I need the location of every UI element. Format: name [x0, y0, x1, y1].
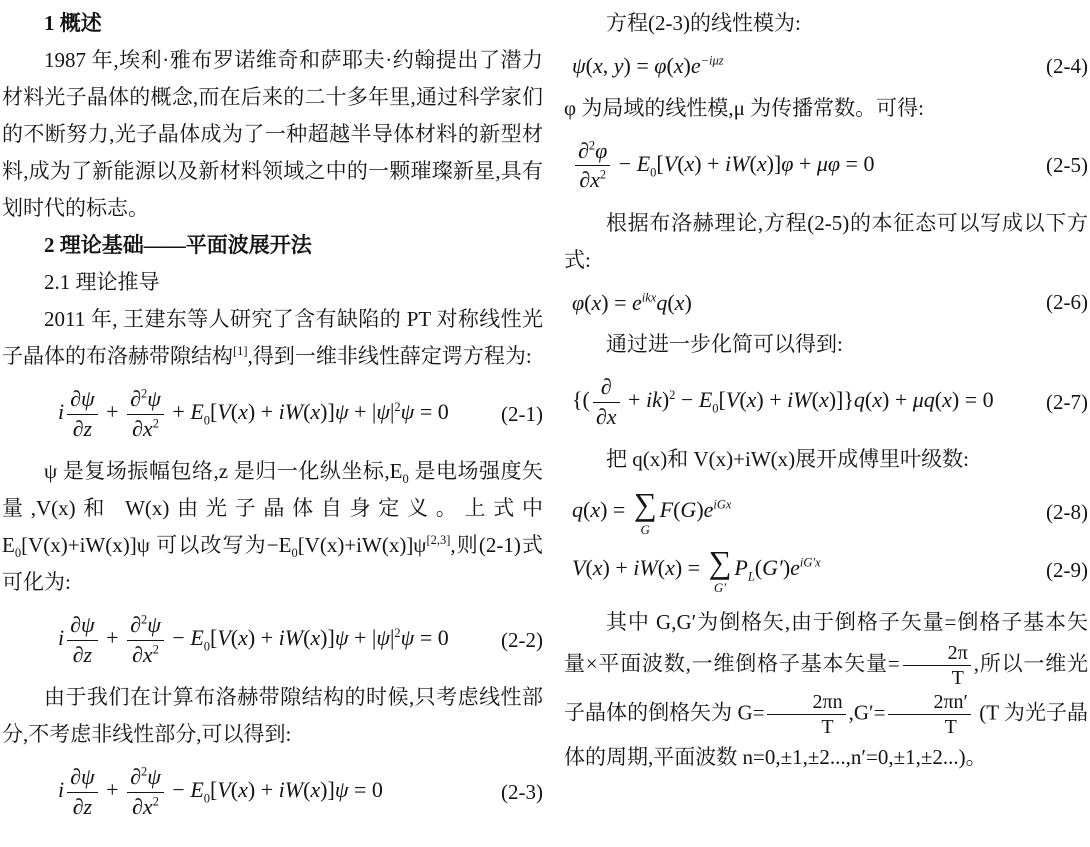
fraction-denominator: ∂z [67, 793, 98, 822]
fraction-numerator: ∂2ψ [127, 763, 164, 793]
text-run: = 0 [840, 151, 874, 176]
text-run: ( [586, 53, 593, 78]
text-run: ( [585, 555, 592, 580]
text-run: i [58, 399, 64, 424]
paragraph-linear-mode: 方程(2-3)的线性模为: [564, 5, 1088, 42]
sigma-symbol: ∑ [709, 546, 732, 578]
text-run: x [238, 399, 248, 424]
text-run: iW [787, 387, 811, 412]
text-run: x [674, 53, 684, 78]
paragraph-linear-only: 由于我们在计算布洛赫带隙结构的时候,只考虑线性部分,不考虑非线性部分,可以得到: [2, 679, 543, 753]
summation: ∑G′ [709, 546, 732, 594]
text-run: E [190, 399, 203, 424]
text-run: x [872, 387, 882, 412]
text-run: x [747, 387, 757, 412]
text-run: ) = [624, 53, 655, 78]
text-run: 2 [153, 795, 159, 809]
text-run: [V(x)+iW(x)]ψ 可以改写为−E [21, 533, 291, 557]
text-run: φ [654, 53, 666, 78]
text-run: x [675, 290, 685, 315]
fraction-numerator: ∂ [593, 373, 620, 403]
text-run: F [660, 497, 673, 522]
text-run: ) + [248, 399, 279, 424]
text-run: φ 为局域的线性模,μ 为传播常数。可得: [564, 96, 924, 120]
fraction-numerator: ∂ψ [67, 763, 98, 793]
text-run: )] [767, 151, 782, 176]
text-run: V [726, 387, 739, 412]
text-run: ψ [147, 386, 161, 411]
text-run: ( [677, 151, 684, 176]
fraction-denominator: ∂z [67, 641, 98, 670]
fraction-denominator: ∂x2 [127, 641, 164, 670]
text-run: ) + [694, 151, 725, 176]
text-run: )] [320, 778, 335, 803]
equation-number: (2-6) [1036, 289, 1088, 315]
equation-2-3: i∂ψ∂z + ∂2ψ∂x2 − E0[V(x) + iW(x)]ψ = 0(2… [2, 763, 543, 821]
text-run: [2,3] [426, 533, 450, 547]
superscript: 2 [600, 168, 606, 182]
text-run: ψ [335, 399, 349, 424]
superscript: iG′x [800, 556, 821, 570]
fraction-denominator: T [903, 666, 971, 690]
text-run: 1987 年,埃利·雅布罗诺维奇和萨耶夫·约翰提出了潜力材料光子晶体的概念,而在… [2, 48, 543, 220]
text-run: 1 概述 [44, 11, 102, 35]
text-run: V [217, 399, 230, 424]
text-run: ∂x [132, 794, 153, 819]
fraction: ∂∂x [593, 373, 620, 431]
fraction-numerator: ∂2ψ [127, 611, 164, 641]
text-run: [ [656, 151, 663, 176]
superscript: [2,3] [426, 533, 450, 547]
text-run: G′ [762, 555, 783, 580]
text-run: ψ [335, 778, 349, 803]
superscript: 2 [153, 416, 159, 430]
text-run: x [593, 53, 603, 78]
text-run: L [748, 570, 755, 584]
text-run: ( [667, 290, 674, 315]
paragraph-symbols: ψ 是复场振幅包络,z 是归一化纵坐标,E0 是电场强度矢量,V(x)和 W(x… [2, 453, 543, 601]
text-run: [V(x)+iW(x)]ψ [298, 533, 427, 557]
equation-2-7: {(∂∂x + ik)2 − E0[V(x) + iW(x)]}q(x) + μ… [564, 373, 1088, 431]
text-run: ψ [147, 612, 161, 637]
fraction: ∂ψ∂z [67, 763, 98, 821]
text-run: E [190, 778, 203, 803]
text-run: 2 [153, 416, 159, 430]
text-run: x [592, 290, 602, 315]
text-run: ψ [401, 625, 415, 650]
text-run: iGx [713, 498, 731, 512]
text-run: 2 [153, 642, 159, 656]
equation-2-5: ∂2φ∂x2 − E0[V(x) + iW(x)]φ + μφ = 0(2-5) [564, 137, 1088, 195]
text-run: x [238, 625, 248, 650]
text-run: − [167, 625, 190, 650]
equation-body: i∂ψ∂z + ∂2ψ∂x2 − E0[V(x) + iW(x)]ψ + |ψ|… [58, 611, 449, 669]
section-heading-2-1: 2.1 理论推导 [2, 264, 543, 301]
text-run: ( [666, 53, 673, 78]
fraction: ∂ψ∂z [67, 611, 98, 669]
text-run: 2πn [812, 691, 842, 713]
equation-number: (2-7) [1036, 389, 1088, 415]
text-run: ( [584, 290, 591, 315]
equation-number: (2-5) [1036, 152, 1088, 178]
fraction-denominator: T [767, 715, 845, 739]
text-run: ψ 是复场振幅包络,z 是归一化纵坐标,E [44, 459, 402, 483]
text-run: μq [913, 387, 935, 412]
equation-2-4: ψ(x, y) = φ(x)e−iμz(2-4) [564, 52, 1088, 80]
equation-2-9: V(x) + iW(x) = ∑G′PL(G′)eiG′x(2-9) [564, 546, 1088, 594]
text-run: iW [725, 151, 749, 176]
text-run: ( [739, 387, 746, 412]
text-run: E [190, 625, 203, 650]
text-run: e [691, 53, 701, 78]
equation-body: {(∂∂x + ik)2 − E0[V(x) + iW(x)]}q(x) + μ… [572, 373, 994, 431]
text-run: x [310, 399, 320, 424]
text-run: + [101, 778, 124, 803]
equation-2-2: i∂ψ∂z + ∂2ψ∂x2 − E0[V(x) + iW(x)]ψ + |ψ|… [2, 611, 543, 669]
text-run: ) = [675, 555, 706, 580]
text-run: i [58, 625, 64, 650]
text-run: )] [320, 625, 335, 650]
text-run: 2πn′ [933, 691, 967, 713]
text-run: ) = [600, 497, 631, 522]
text-run: ( [749, 151, 756, 176]
text-run: x [757, 151, 767, 176]
text-run: )] [320, 399, 335, 424]
text-run: ) [696, 497, 703, 522]
text-run: ∂z [73, 642, 92, 667]
text-run: ik [646, 387, 662, 412]
text-run: P [734, 555, 747, 580]
text-run: ) [684, 53, 691, 78]
text-run: x [942, 387, 952, 412]
text-run: φ [595, 138, 607, 163]
text-run: φ [781, 151, 793, 176]
fraction-numerator: ∂2ψ [127, 385, 164, 415]
equation-body: ψ(x, y) = φ(x)e−iμz [572, 52, 724, 80]
text-run: = 0 [349, 778, 383, 803]
text-run: ψ [401, 399, 415, 424]
paragraph-phi-mu: φ 为局域的线性模,μ 为传播常数。可得: [564, 90, 1088, 127]
superscript: iGx [713, 498, 731, 512]
text-run: iW [633, 555, 657, 580]
text-run: T [952, 667, 964, 689]
right-column: 方程(2-3)的线性模为:ψ(x, y) = φ(x)e−iμz(2-4)φ 为… [564, 5, 1088, 832]
fraction: ∂2ψ∂x2 [127, 385, 164, 443]
text-run: ∂ψ [70, 764, 95, 789]
text-run: + | [349, 625, 377, 650]
text-run: 把 q(x)和 V(x)+iW(x)展开成傅里叶级数: [606, 447, 969, 471]
superscript: ikx [642, 290, 657, 304]
summation-index: G′ [709, 581, 732, 594]
text-run: [1] [233, 344, 248, 358]
text-run: − [167, 778, 190, 803]
text-run: ∂ψ [70, 386, 95, 411]
text-run: ) = [601, 290, 632, 315]
fraction-denominator: ∂x2 [575, 166, 610, 195]
summation: ∑G [634, 488, 657, 536]
text-run: V [217, 625, 230, 650]
fraction: ∂2φ∂x2 [575, 137, 610, 195]
text-run: 2 理论基础——平面波展开法 [44, 233, 312, 257]
equation-number: (2-8) [1036, 499, 1088, 525]
text-run: ) + [882, 387, 913, 412]
text-run: ∂x [132, 416, 153, 441]
superscript: [1] [233, 344, 248, 358]
text-run: q [656, 290, 667, 315]
text-run: ) + [603, 555, 634, 580]
text-run: e [704, 497, 714, 522]
text-run: ,得到一维非线性薛定谔方程为: [248, 344, 532, 368]
text-run: ∂ [130, 386, 141, 411]
fraction: 2πnT [767, 690, 845, 739]
equation-body: V(x) + iW(x) = ∑G′PL(G′)eiG′x [572, 546, 821, 594]
fraction-numerator: ∂ψ [67, 611, 98, 641]
text-run: x [310, 625, 320, 650]
text-run: q [572, 497, 583, 522]
text-run: ψ [147, 764, 161, 789]
text-run: ∂x [579, 167, 600, 192]
text-run: V [217, 778, 230, 803]
paragraph-overview: 1987 年,埃利·雅布罗诺维奇和萨耶夫·约翰提出了潜力材料光子晶体的概念,而在… [2, 42, 543, 227]
text-run: x [593, 555, 603, 580]
summation-index: G [634, 523, 657, 536]
text-run: ikx [642, 290, 657, 304]
text-run: ψ [376, 399, 390, 424]
text-run: ψ [572, 53, 586, 78]
text-run: e [790, 555, 800, 580]
paragraph-derivation-intro: 2011 年, 王建东等人研究了含有缺陷的 PT 对称线性光子晶体的布洛赫带隙结… [2, 301, 543, 375]
equation-body: i∂ψ∂z + ∂2ψ∂x2 − E0[V(x) + iW(x)]ψ = 0 [58, 763, 383, 821]
text-run: 2 [600, 168, 606, 182]
text-run: ∂z [73, 416, 92, 441]
paragraph-fourier: 把 q(x)和 V(x)+iW(x)展开成傅里叶级数: [564, 441, 1088, 478]
text-run: )]} [829, 387, 854, 412]
text-run: x [310, 778, 320, 803]
text-run: E [637, 151, 650, 176]
fraction-denominator: ∂z [67, 415, 98, 444]
equation-body: φ(x) = eikxq(x) [572, 289, 692, 317]
section-heading-1: 1 概述 [2, 5, 543, 42]
text-run: V [664, 151, 677, 176]
equation-2-1: i∂ψ∂z + ∂2ψ∂x2 + E0[V(x) + iW(x)]ψ + |ψ|… [2, 385, 543, 443]
text-run: ∂ [130, 612, 141, 637]
text-run: ) [684, 290, 691, 315]
text-run: ∂ [601, 374, 612, 399]
fraction-denominator: ∂x2 [127, 415, 164, 444]
text-run: x [685, 151, 695, 176]
text-run: ∂ [578, 138, 589, 163]
fraction-numerator: 2π [903, 641, 971, 666]
paragraph-reciprocal-lattice: 其中 G,G′为倒格矢,由于倒格子矢量=倒格子基本矢量×平面波数,一维倒格子基本… [564, 604, 1088, 776]
text-run: 通过进一步化简可以得到: [606, 332, 843, 356]
text-run: φ [572, 290, 584, 315]
text-run: G [680, 497, 696, 522]
superscript: −iμz [701, 54, 724, 68]
text-run: ∂x [132, 642, 153, 667]
fraction: 2πn′T [888, 690, 970, 739]
text-run: x [590, 497, 600, 522]
text-run: ∂x [596, 404, 617, 429]
text-run: + [793, 151, 816, 176]
fraction-denominator: T [888, 715, 970, 739]
text-run: ( [658, 555, 665, 580]
equation-body: i∂ψ∂z + ∂2ψ∂x2 + E0[V(x) + iW(x)]ψ + |ψ|… [58, 385, 449, 443]
text-run: ) + [248, 625, 279, 650]
equation-number: (2-1) [491, 401, 543, 427]
text-run: x [238, 778, 248, 803]
fraction-denominator: ∂x2 [127, 793, 164, 822]
text-run: , [603, 53, 614, 78]
text-run: G [641, 522, 650, 537]
text-run: V [572, 555, 585, 580]
text-run: ) = 0 [952, 387, 994, 412]
text-run: T [821, 716, 833, 738]
text-run: − [675, 387, 698, 412]
fraction: ∂ψ∂z [67, 385, 98, 443]
text-run: iW [279, 778, 303, 803]
text-run: 2π [948, 642, 968, 664]
text-run: G′ [714, 580, 726, 595]
equation-number: (2-9) [1036, 557, 1088, 583]
text-run: 由于我们在计算布洛赫带隙结构的时候,只考虑线性部分,不考虑非线性部分,可以得到: [2, 685, 543, 746]
text-run: e [632, 290, 642, 315]
text-run: 根据布洛赫理论,方程(2-5)的本征态可以写成以下方式: [564, 211, 1088, 272]
text-run: μφ [817, 151, 840, 176]
text-run: i [58, 778, 64, 803]
fraction-numerator: 2πn [767, 690, 845, 715]
equation-2-6: φ(x) = eikxq(x)(2-6) [564, 289, 1088, 317]
paper-page: 1 概述1987 年,埃利·雅布罗诺维奇和萨耶夫·约翰提出了潜力材料光子晶体的概… [0, 0, 1090, 832]
text-run: {( [572, 387, 590, 412]
paragraph-simplify: 通过进一步化简可以得到: [564, 326, 1088, 363]
text-run: ∂ [130, 764, 141, 789]
superscript: 2 [153, 642, 159, 656]
text-run: = 0 [414, 399, 448, 424]
equation-number: (2-3) [491, 779, 543, 805]
equation-body: ∂2φ∂x2 − E0[V(x) + iW(x)]φ + μφ = 0 [572, 137, 874, 195]
text-run: x [665, 555, 675, 580]
text-run: x [819, 387, 829, 412]
text-run: y [614, 53, 624, 78]
text-run: + | [349, 399, 377, 424]
text-run: 2.1 理论推导 [44, 270, 160, 294]
text-run: ) + [248, 778, 279, 803]
text-run: ( [812, 387, 819, 412]
text-run: + [167, 399, 190, 424]
text-run: ψ [335, 625, 349, 650]
text-run: + [101, 399, 124, 424]
equation-number: (2-4) [1036, 53, 1088, 79]
text-run: ,G′= [849, 701, 886, 725]
text-run: [ [719, 387, 726, 412]
left-column: 1 概述1987 年,埃利·雅布罗诺维奇和萨耶夫·约翰提出了潜力材料光子晶体的概… [2, 5, 543, 832]
text-run: ∂z [73, 794, 92, 819]
subscript: L [748, 570, 755, 584]
text-run: ) + [756, 387, 787, 412]
text-run: − [613, 151, 636, 176]
section-heading-2: 2 理论基础——平面波展开法 [2, 227, 543, 264]
text-run: ψ [376, 625, 390, 650]
text-run: ( [755, 555, 762, 580]
fraction: 2πT [903, 641, 971, 690]
equation-body: q(x) = ∑GF(G)eiGx [572, 488, 731, 536]
text-run: ∂ψ [70, 612, 95, 637]
text-run: iW [279, 399, 303, 424]
fraction: ∂2ψ∂x2 [127, 763, 164, 821]
text-run: iW [279, 625, 303, 650]
superscript: 2 [153, 795, 159, 809]
fraction: ∂2ψ∂x2 [127, 611, 164, 669]
paragraph-bloch: 根据布洛赫理论,方程(2-5)的本征态可以写成以下方式: [564, 205, 1088, 279]
text-run: T [945, 716, 957, 738]
text-run: iG′x [800, 556, 821, 570]
equation-2-8: q(x) = ∑GF(G)eiGx(2-8) [564, 488, 1088, 536]
sigma-symbol: ∑ [634, 488, 657, 520]
text-run: −iμz [701, 54, 724, 68]
fraction-numerator: ∂2φ [575, 137, 610, 167]
fraction-numerator: ∂ψ [67, 385, 98, 415]
text-run: = 0 [414, 625, 448, 650]
text-run: 方程(2-3)的线性模为: [606, 11, 801, 35]
text-run: + [623, 387, 646, 412]
text-run: E [699, 387, 712, 412]
fraction-denominator: ∂x [593, 403, 620, 432]
equation-number: (2-2) [491, 627, 543, 653]
text-run: q [854, 387, 865, 412]
text-run: + [101, 625, 124, 650]
fraction-numerator: 2πn′ [888, 690, 970, 715]
